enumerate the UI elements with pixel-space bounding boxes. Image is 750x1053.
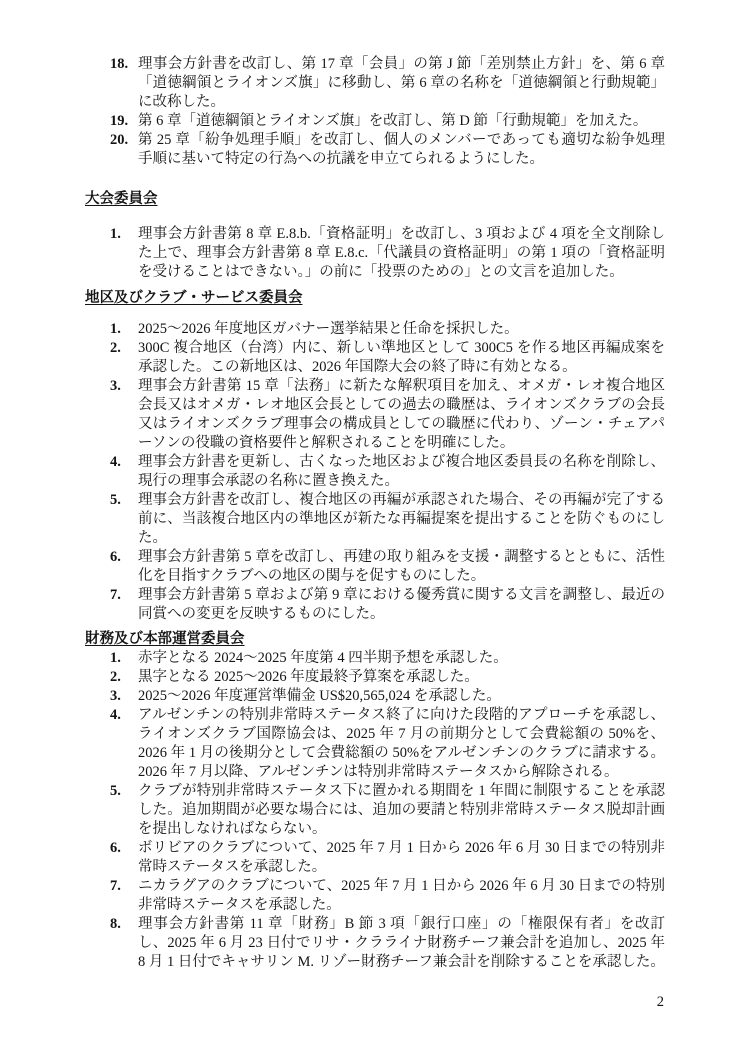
item-text: 第 25 章「紛争処理手順」を改訂し、個人のメンバーであっても適切な紛争処理手順… — [138, 131, 665, 169]
list-item: 4.理事会方針書を更新し、古くなった地区および複合地区委員長の名称を削除し、現行… — [110, 453, 665, 491]
item-text: 2025～2026 年度運営準備金 US$20,565,024 を承認した。 — [138, 687, 665, 706]
item-text: クラブが特別非常時ステータス下に置かれる期間を 1 年間に制限することを承認した… — [138, 782, 665, 839]
list-item: 5.クラブが特別非常時ステータス下に置かれる期間を 1 年間に制限することを承認… — [110, 782, 665, 839]
finance-numbered-list: 1.赤字となる 2024～2025 年度第 4 四半期予想を承認した。2.黒字と… — [85, 649, 665, 972]
item-text: 理事会方針書を更新し、古くなった地区および複合地区委員長の名称を削除し、現行の理… — [138, 453, 665, 491]
item-number: 2. — [110, 339, 138, 377]
item-number: 6. — [110, 839, 138, 877]
list-item: 1.赤字となる 2024～2025 年度第 4 四半期予想を承認した。 — [110, 649, 665, 668]
item-number: 5. — [110, 782, 138, 839]
committee-heading: 財務及び本部運営委員会 — [85, 630, 665, 649]
item-number: 6. — [110, 548, 138, 586]
list-item: 1.2025～2026 年度地区ガバナー選挙結果と任命を採択した。 — [110, 320, 665, 339]
list-item: 8.理事会方針書第 11 章「財務」B 節 3 項「銀行口座」の「権限保有者」を… — [110, 915, 665, 972]
item-text: 理事会方針書第 5 章および第 9 章における優秀賞に関する文言を調整し、最近の… — [138, 586, 665, 624]
item-text: 2025～2026 年度地区ガバナー選挙結果と任命を採択した。 — [138, 320, 665, 339]
item-number: 2. — [110, 668, 138, 687]
item-number: 5. — [110, 491, 138, 548]
list-item: 4.アルゼンチンの特別非常時ステータス終了に向けた段階的アプローチを承認し、ライ… — [110, 706, 665, 782]
item-text: アルゼンチンの特別非常時ステータス終了に向けた段階的アプローチを承認し、ライオン… — [138, 706, 665, 782]
committee-heading: 大会委員会 — [85, 190, 665, 209]
list-item: 19.第 6 章「道徳綱領とライオンズ旗」を改訂し、第 D 節「行動規範」を加え… — [110, 112, 665, 131]
convention-numbered-list: 1.理事会方針書第 8 章 E.8.b.「資格証明」を改訂し、3 項および 4 … — [85, 225, 665, 282]
district-numbered-list: 1.2025～2026 年度地区ガバナー選挙結果と任命を採択した。2.300C … — [85, 320, 665, 624]
item-number: 1. — [110, 320, 138, 339]
item-number: 4. — [110, 706, 138, 782]
section-district-club-service-committee: 地区及びクラブ・サービス委員会 1.2025～2026 年度地区ガバナー選挙結果… — [85, 289, 665, 624]
list-item: 2.黒字となる 2025～2026 年度最終予算案を承認した。 — [110, 668, 665, 687]
item-number: 8. — [110, 915, 138, 972]
list-item: 3.2025～2026 年度運営準備金 US$20,565,024 を承認した。 — [110, 687, 665, 706]
committee-heading: 地区及びクラブ・サービス委員会 — [85, 289, 665, 308]
list-item: 7.ニカラグアのクラブについて、2025 年 7 月 1 日から 2026 年 … — [110, 877, 665, 915]
item-text: ボリビアのクラブについて、2025 年 7 月 1 日から 2026 年 6 月… — [138, 839, 665, 877]
item-number: 7. — [110, 877, 138, 915]
item-text: 赤字となる 2024～2025 年度第 4 四半期予想を承認した。 — [138, 649, 665, 668]
page-number: 2 — [657, 993, 664, 1012]
item-number: 19. — [110, 112, 138, 131]
list-item: 18.理事会方針書を改訂し、第 17 章「会員」の第 J 節「差別禁止方針」を、… — [110, 55, 665, 112]
item-number: 7. — [110, 586, 138, 624]
item-number: 1. — [110, 649, 138, 668]
item-text: 第 6 章「道徳綱領とライオンズ旗」を改訂し、第 D 節「行動規範」を加えた。 — [138, 112, 665, 131]
item-text: 理事会方針書第 15 章「法務」に新たな解釈項目を加え、オメガ・レオ複合地区会長… — [138, 377, 665, 453]
item-number: 4. — [110, 453, 138, 491]
item-text: 黒字となる 2025～2026 年度最終予算案を承認した。 — [138, 668, 665, 687]
item-number: 1. — [110, 225, 138, 282]
section-convention-committee: 大会委員会 1.理事会方針書第 8 章 E.8.b.「資格証明」を改訂し、3 項… — [85, 190, 665, 282]
item-text: 理事会方針書を改訂し、複合地区の再編が承認された場合、その再編が完了する前に、当… — [138, 491, 665, 548]
list-item: 6.理事会方針書第 5 章を改訂し、再建の取り組みを支援・調整するとともに、活性… — [110, 548, 665, 586]
list-item: 6.ボリビアのクラブについて、2025 年 7 月 1 日から 2026 年 6… — [110, 839, 665, 877]
item-text: 理事会方針書第 8 章 E.8.b.「資格証明」を改訂し、3 項および 4 項を… — [138, 225, 665, 282]
item-number: 3. — [110, 377, 138, 453]
carried-over-numbered-list: 18.理事会方針書を改訂し、第 17 章「会員」の第 J 節「差別禁止方針」を、… — [85, 55, 665, 169]
list-item: 2.300C 複合地区（台湾）内に、新しい準地区として 300C5 を作る地区再… — [110, 339, 665, 377]
list-item: 5.理事会方針書を改訂し、複合地区の再編が承認された場合、その再編が完了する前に… — [110, 491, 665, 548]
item-text: 理事会方針書を改訂し、第 17 章「会員」の第 J 節「差別禁止方針」を、第 6… — [138, 55, 665, 112]
item-text: 理事会方針書第 5 章を改訂し、再建の取り組みを支援・調整するとともに、活性化を… — [138, 548, 665, 586]
item-number: 18. — [110, 55, 138, 112]
item-text: ニカラグアのクラブについて、2025 年 7 月 1 日から 2026 年 6 … — [138, 877, 665, 915]
item-number: 20. — [110, 131, 138, 169]
item-number: 3. — [110, 687, 138, 706]
document-page: 18.理事会方針書を改訂し、第 17 章「会員」の第 J 節「差別禁止方針」を、… — [0, 0, 750, 1053]
list-item: 20.第 25 章「紛争処理手順」を改訂し、個人のメンバーであっても適切な紛争処… — [110, 131, 665, 169]
section-finance-hq-operations-committee: 財務及び本部運営委員会 1.赤字となる 2024～2025 年度第 4 四半期予… — [85, 630, 665, 972]
item-text: 300C 複合地区（台湾）内に、新しい準地区として 300C5 を作る地区再編成… — [138, 339, 665, 377]
item-text: 理事会方針書第 11 章「財務」B 節 3 項「銀行口座」の「権限保有者」を改訂… — [138, 915, 665, 972]
list-item: 3.理事会方針書第 15 章「法務」に新たな解釈項目を加え、オメガ・レオ複合地区… — [110, 377, 665, 453]
list-item: 1.理事会方針書第 8 章 E.8.b.「資格証明」を改訂し、3 項および 4 … — [110, 225, 665, 282]
list-item: 7.理事会方針書第 5 章および第 9 章における優秀賞に関する文言を調整し、最… — [110, 586, 665, 624]
